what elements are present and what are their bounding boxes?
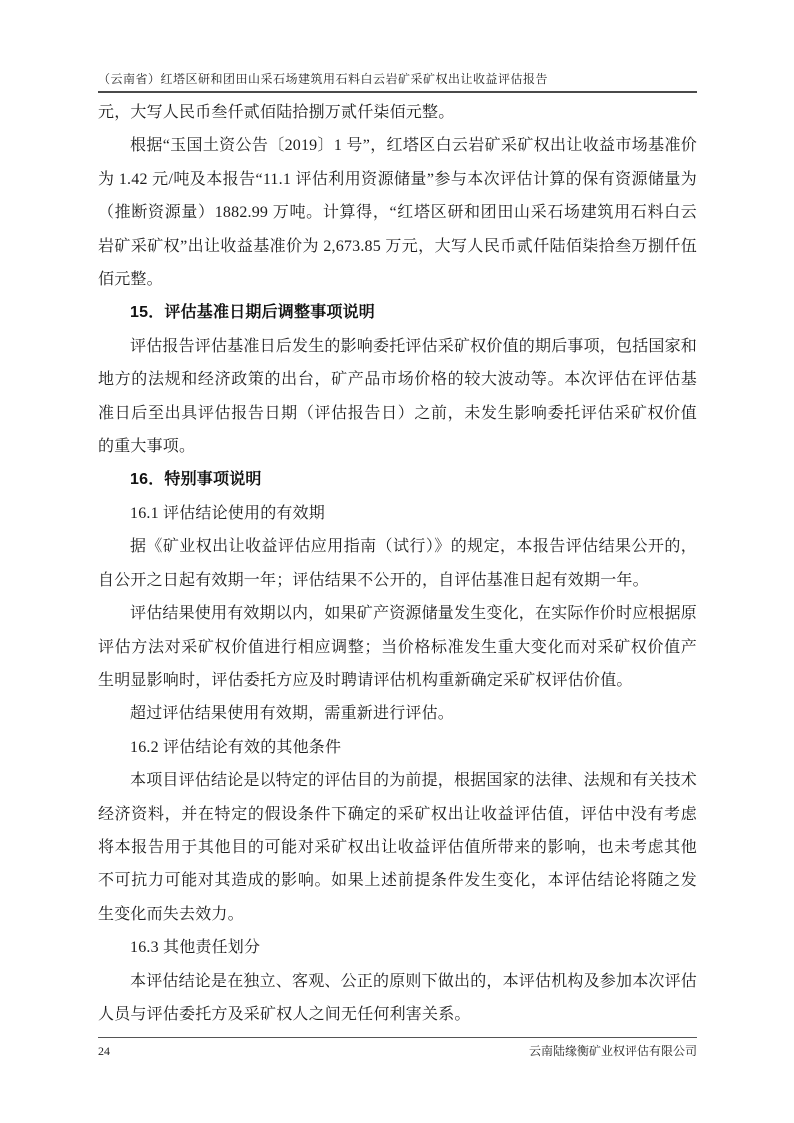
para-amount-in-words: 元，大写人民币叁仟贰佰陆拾捌万贰仟柒佰元整。 xyxy=(98,96,697,129)
page-header: （云南省）红塔区研和团田山采石场建筑用石料白云岩矿采矿权出让收益评估报告 xyxy=(98,70,697,93)
para-post-base-date-events: 评估报告评估基准日后发生的影响委托评估采矿权价值的期后事项，包括国家和地方的法规… xyxy=(98,330,697,464)
para-responsibility-division: 本评估结论是在独立、客观、公正的原则下做出的，本评估机构及参加本次评估人员与评估… xyxy=(98,965,697,1032)
subsection-16-1-heading: 16.1 评估结论使用的有效期 xyxy=(98,497,697,530)
page-footer: 24 云南陆缘衡矿业权评估有限公司 xyxy=(98,1037,697,1059)
document-page: （云南省）红塔区研和团田山采石场建筑用石料白云岩矿采矿权出让收益评估报告 元，大… xyxy=(0,0,794,1123)
footer-company-name: 云南陆缘衡矿业权评估有限公司 xyxy=(529,1042,697,1059)
page-number: 24 xyxy=(98,1044,110,1059)
subsection-16-2-heading: 16.2 评估结论有效的其他条件 xyxy=(98,731,697,764)
running-header-title: （云南省）红塔区研和团田山采石场建筑用石料白云岩矿采矿权出让收益评估报告 xyxy=(98,70,697,93)
para-benchmark-calculation: 根据“玉国土资公告〔2019〕1 号”，红塔区白云岩矿采矿权出让收益市场基准价为… xyxy=(98,129,697,296)
para-beyond-validity-reassess: 超过评估结果使用有效期，需重新进行评估。 xyxy=(98,697,697,730)
document-body: 元，大写人民币叁仟贰佰陆拾捌万贰仟柒佰元整。 根据“玉国土资公告〔2019〕1 … xyxy=(98,96,697,1031)
subsection-16-3-heading: 16.3 其他责任划分 xyxy=(98,931,697,964)
section-15-heading: 15．评估基准日期后调整事项说明 xyxy=(98,296,697,329)
para-other-valid-conditions: 本项目评估结论是以特定的评估目的为前提，根据国家的法律、法规和有关技术经济资料，… xyxy=(98,764,697,931)
section-16-heading: 16．特别事项说明 xyxy=(98,463,697,496)
para-validity-period: 据《矿业权出让收益评估应用指南（试行）》的规定，本报告评估结果公开的，自公开之日… xyxy=(98,530,697,597)
para-within-validity-adjustment: 评估结果使用有效期以内，如果矿产资源储量发生变化，在实际作价时应根据原评估方法对… xyxy=(98,597,697,697)
